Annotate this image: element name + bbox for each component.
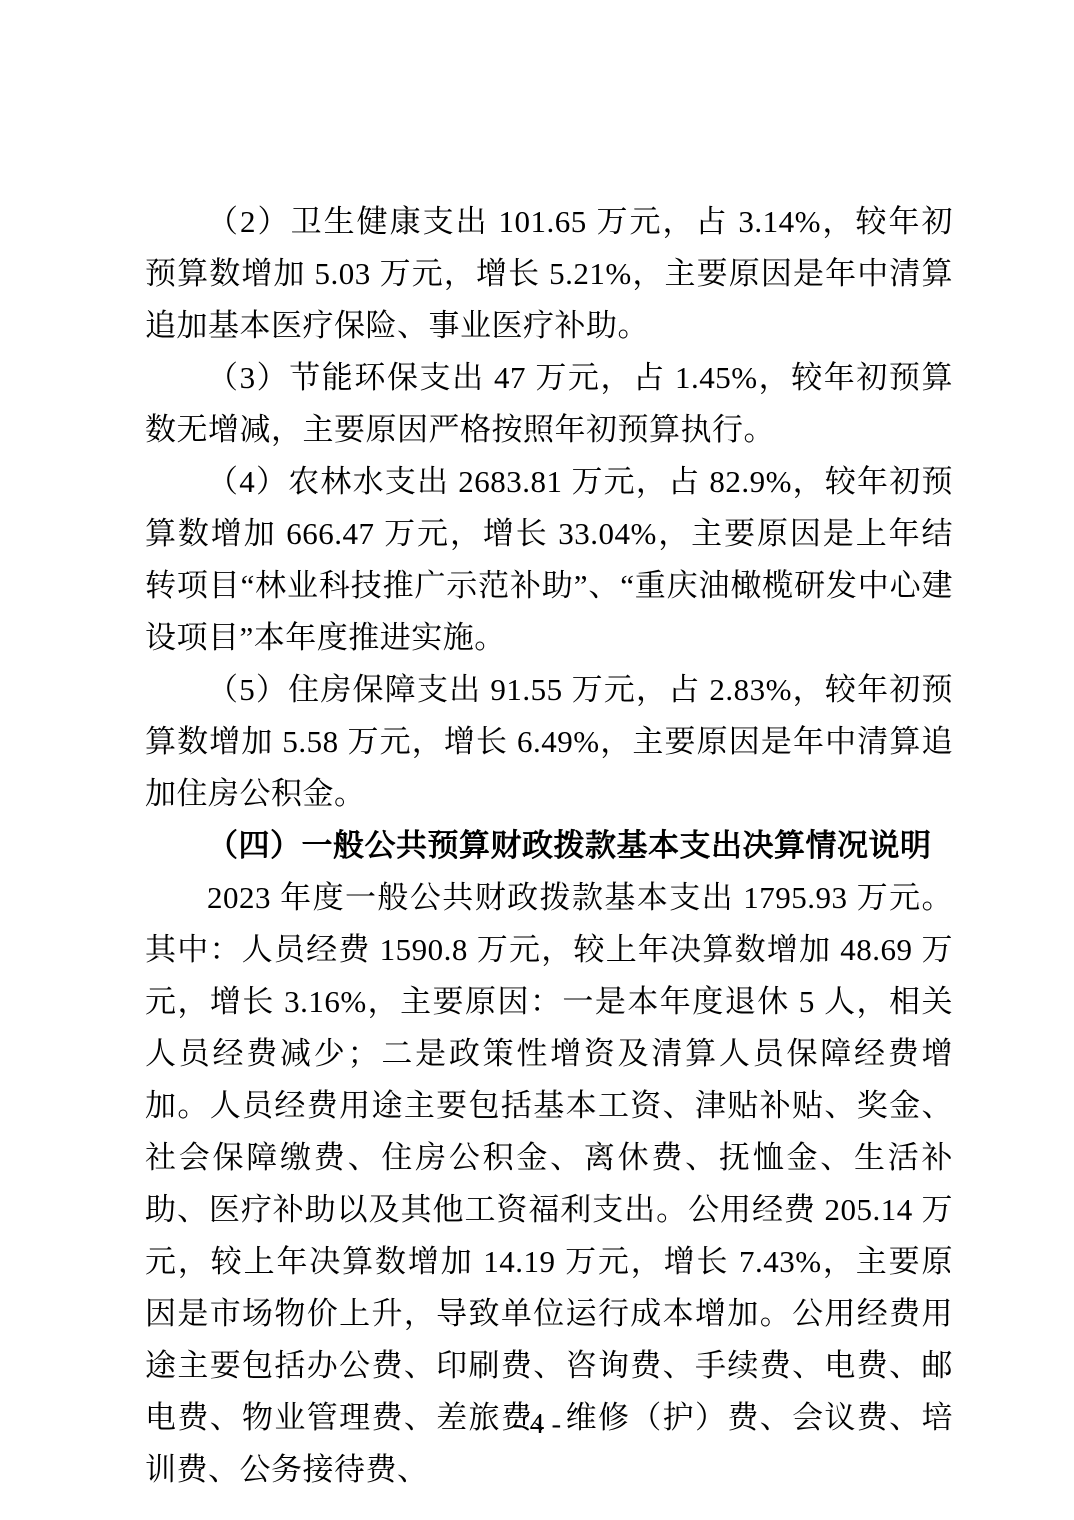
page-number: - 4 - — [0, 1404, 1074, 1444]
paragraph-housing-security-expenditure: （5）住房保障支出 91.55 万元，占 2.83%，较年初预算数增加 5.58… — [145, 664, 953, 820]
section-heading-basic-expenditure: （四）一般公共预算财政拨款基本支出决算情况说明 — [145, 820, 953, 872]
document-page: （2）卫生健康支出 101.65 万元，占 3.14%，较年初预算数增加 5.0… — [0, 0, 1074, 1520]
document-body: （2）卫生健康支出 101.65 万元，占 3.14%，较年初预算数增加 5.0… — [145, 196, 953, 1496]
paragraph-health-expenditure: （2）卫生健康支出 101.65 万元，占 3.14%，较年初预算数增加 5.0… — [145, 196, 953, 352]
paragraph-energy-conservation-expenditure: （3）节能环保支出 47 万元，占 1.45%，较年初预算数无增减，主要原因严格… — [145, 352, 953, 456]
paragraph-basic-expenditure-detail: 2023 年度一般公共财政拨款基本支出 1795.93 万元。其中：人员经费 1… — [145, 872, 953, 1496]
paragraph-agriculture-forestry-water-expenditure: （4）农林水支出 2683.81 万元，占 82.9%，较年初预算数增加 666… — [145, 456, 953, 664]
